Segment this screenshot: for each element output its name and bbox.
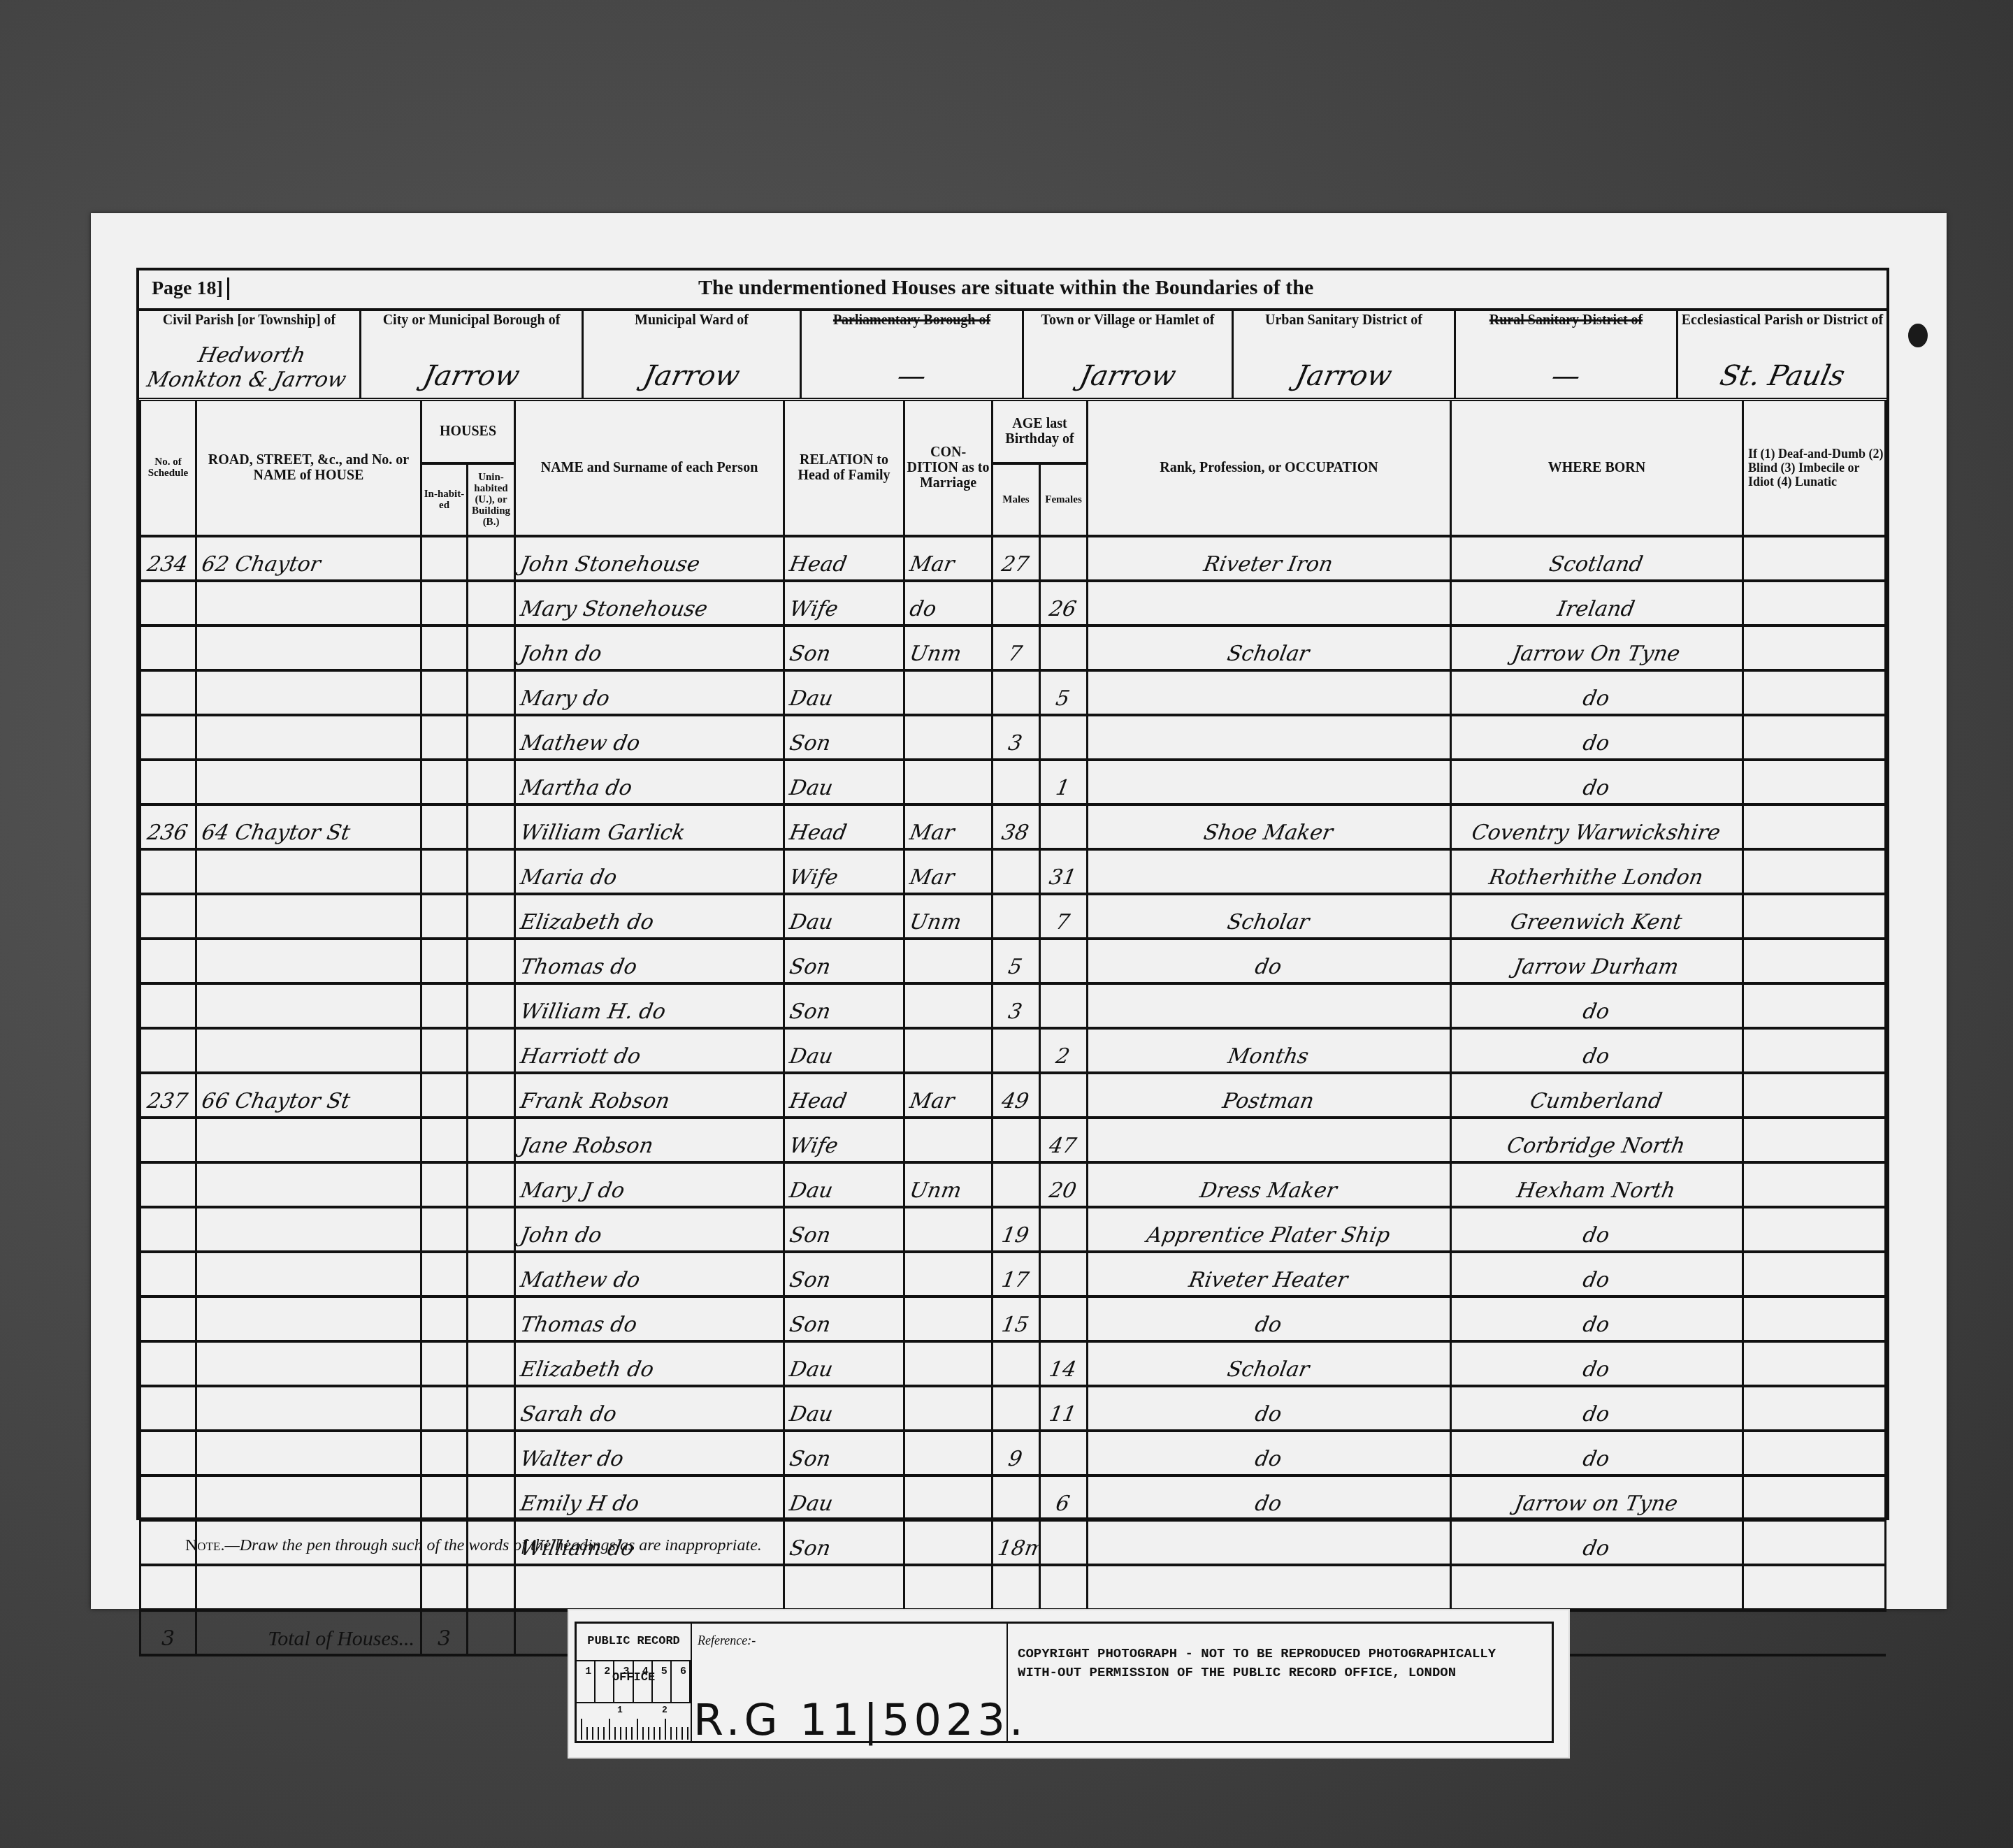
cell-occupation [1083, 581, 1455, 626]
cell-males: 49 [988, 1073, 1044, 1118]
cell-males: 38 [988, 804, 1044, 849]
cell-relation: Dau [780, 1341, 908, 1386]
census-row: Walter doSon9dodo [140, 1431, 1886, 1475]
cell-condition: Mar [900, 849, 996, 894]
cell-schedule [136, 1118, 200, 1162]
cell-females: 5 [1036, 670, 1091, 715]
cell-females [1036, 1207, 1091, 1252]
cell-relation: Son [780, 1252, 908, 1297]
cell-schedule: 236 [136, 804, 200, 849]
cell-males: 3 [988, 983, 1044, 1028]
census-row: Sarah doDau11dodo [140, 1386, 1886, 1431]
cell-occupation: Scholar [1083, 1341, 1455, 1386]
cell-condition [900, 1118, 996, 1162]
cell-where-born: Jarrow on Tyne [1447, 1475, 1747, 1520]
cell-females [1036, 626, 1091, 670]
census-row: Mary J doDauUnm20Dress MakerHexham North [140, 1162, 1886, 1207]
cell-females [1036, 983, 1091, 1028]
cell-relation: Son [780, 1431, 908, 1475]
cell-road [192, 670, 425, 715]
col-inhabited: In-habit-ed [421, 463, 468, 536]
cell-schedule [136, 983, 200, 1028]
col-uninhabited: Unin-habited (U.), or Building (B.) [468, 463, 515, 536]
total-schedules: 3 [140, 1610, 196, 1656]
cell-condition [900, 983, 996, 1028]
col-schedule: No. of Schedule [140, 400, 196, 536]
ruler-tick [603, 1727, 605, 1740]
cell-schedule [136, 626, 200, 670]
cell-where-born: do [1447, 715, 1747, 760]
cell-females [1036, 804, 1091, 849]
cell-name: Elizabeth do [511, 1341, 788, 1386]
blank-row [140, 1565, 1886, 1610]
cell-condition [900, 760, 996, 804]
cell-males: 3 [988, 715, 1044, 760]
cell-name: Jane Robson [511, 1118, 788, 1162]
cell-females: 14 [1036, 1341, 1091, 1386]
cell-condition: Unm [900, 626, 996, 670]
cell-relation: Head [780, 1073, 908, 1118]
ruler-tick [665, 1719, 666, 1740]
col-age: AGE last Birthday of [993, 400, 1088, 463]
ruler-tick [637, 1719, 638, 1740]
cell-females [1036, 1520, 1091, 1565]
cell-name: Martha do [511, 760, 788, 804]
cell-schedule [136, 1028, 200, 1073]
cell-name: John do [511, 1207, 788, 1252]
cell-schedule [136, 1252, 200, 1297]
cell-where-born: Scotland [1447, 536, 1747, 581]
col-name: NAME and Surname of each Person [515, 400, 784, 536]
census-row: Thomas doSon15dodo [140, 1297, 1886, 1341]
cell-females [1036, 1297, 1091, 1341]
cell-where-born: Corbridge North [1447, 1118, 1747, 1162]
census-table: No. of Schedule ROAD, STREET, &c., and N… [139, 400, 1886, 1656]
cell-females: 26 [1036, 581, 1091, 626]
census-row: John doSonUnm7ScholarJarrow On Tyne [140, 626, 1886, 670]
cell-relation: Son [780, 715, 908, 760]
cell-name: John Stonehouse [511, 536, 788, 581]
cell-road: 62 Chaytor [192, 536, 425, 581]
cell-condition [900, 1431, 996, 1475]
cell-occupation: do [1083, 1475, 1455, 1520]
cell-schedule [136, 1475, 200, 1520]
cell-relation: Dau [780, 894, 908, 939]
cell-schedule [136, 581, 200, 626]
cell-condition [900, 1475, 996, 1520]
cell-where-born: do [1447, 1431, 1747, 1475]
pro-title: PUBLIC RECORD OFFICE [577, 1624, 691, 1661]
pro-scale: 1 2 3 4 5 6 [577, 1661, 691, 1703]
cell-males: 7 [988, 626, 1044, 670]
census-row: Elizabeth doDau14Scholardo [140, 1341, 1886, 1386]
col-condition: CON-DITION as to Marriage [904, 400, 993, 536]
form-title-row: Page 18] The undermentioned Houses are s… [139, 270, 1886, 311]
cell-where-born: Coventry Warwickshire [1447, 804, 1747, 849]
admin-ecclesiastical-parish: Ecclesiastical Parish or District of St.… [1678, 308, 1886, 398]
census-row: William H. doSon3do [140, 983, 1886, 1028]
cell-where-born: do [1447, 1028, 1747, 1073]
pro-scale-box: PUBLIC RECORD OFFICE 1 2 3 4 5 6 1 2 [577, 1624, 692, 1741]
cell-condition: Unm [900, 894, 996, 939]
reference-label: Reference:- [698, 1633, 756, 1648]
cell-road [192, 626, 425, 670]
census-row: Maria doWifeMar31Rotherhithe London [140, 849, 1886, 894]
cell-occupation [1083, 1520, 1455, 1565]
cell-occupation: Scholar [1083, 894, 1455, 939]
col-females: Females [1040, 463, 1088, 536]
cell-males [988, 1341, 1044, 1386]
cell-schedule [136, 1431, 200, 1475]
cell-occupation: do [1083, 1386, 1455, 1431]
cell-females [1036, 1252, 1091, 1297]
cell-schedule [136, 760, 200, 804]
cell-name: Thomas do [511, 939, 788, 983]
cell-schedule [136, 1162, 200, 1207]
ruler-tick [670, 1727, 672, 1740]
cell-occupation [1083, 849, 1455, 894]
cell-where-born: do [1447, 1207, 1747, 1252]
cell-name: Sarah do [511, 1386, 788, 1431]
cell-road [192, 939, 425, 983]
cell-occupation: do [1083, 939, 1455, 983]
ruler-tick [631, 1727, 633, 1740]
reference-value: R.G 11|5023. [693, 1694, 1027, 1745]
cell-females [1036, 536, 1091, 581]
cell-relation: Dau [780, 1386, 908, 1431]
census-form: Page 18] The undermentioned Houses are s… [136, 268, 1889, 1520]
cell-relation: Dau [780, 670, 908, 715]
admin-town-village: Town or Village or Hamlet of Jarrow [1024, 308, 1234, 398]
cell-condition [900, 670, 996, 715]
cell-schedule [136, 939, 200, 983]
cell-name: William H. do [511, 983, 788, 1028]
cell-relation: Head [780, 804, 908, 849]
cell-occupation: Riveter Iron [1083, 536, 1455, 581]
cell-road: 64 Chaytor St [192, 804, 425, 849]
census-sheet: Page 18] The undermentioned Houses are s… [91, 213, 1947, 1609]
pro-ruler: 1 2 [577, 1703, 691, 1740]
cell-males: 18m [988, 1520, 1044, 1565]
cell-relation: Dau [780, 1475, 908, 1520]
cell-where-born: Greenwich Kent [1447, 894, 1747, 939]
ruler-tick [654, 1727, 655, 1740]
cell-males: 19 [988, 1207, 1044, 1252]
cell-schedule [136, 1297, 200, 1341]
ruler-tick [642, 1727, 644, 1740]
cell-relation: Son [780, 1207, 908, 1252]
cell-name: Walter do [511, 1431, 788, 1475]
admin-urban-sanitary: Urban Sanitary District of Jarrow [1234, 308, 1456, 398]
admin-municipal-borough: City or Municipal Borough of Jarrow [361, 308, 584, 398]
cell-males: 15 [988, 1297, 1044, 1341]
cell-road [192, 849, 425, 894]
cell-condition [900, 1386, 996, 1431]
cell-where-born: do [1447, 1252, 1747, 1297]
ruler-tick [659, 1727, 661, 1740]
cell-males [988, 1028, 1044, 1073]
cell-relation: Wife [780, 581, 908, 626]
cell-males [988, 760, 1044, 804]
cell-name: Mary do [511, 670, 788, 715]
census-row: Elizabeth doDauUnm7ScholarGreenwich Kent [140, 894, 1886, 939]
cell-occupation: Shoe Maker [1083, 804, 1455, 849]
census-row: John doSon19Apprentice Plater Shipdo [140, 1207, 1886, 1252]
cell-road [192, 760, 425, 804]
cell-road [192, 983, 425, 1028]
reference-box: Reference:- R.G 11|5023. [692, 1624, 1008, 1741]
cell-road [192, 1252, 425, 1297]
col-occupation: Rank, Profession, or OCCUPATION [1088, 400, 1451, 536]
cell-road [192, 1028, 425, 1073]
cell-females [1036, 715, 1091, 760]
admin-municipal-ward: Municipal Ward of Jarrow [584, 308, 802, 398]
cell-name: Harriott do [511, 1028, 788, 1073]
admin-parliamentary-borough: Parliamentary Borough of — [802, 308, 1024, 398]
cell-road [192, 1118, 425, 1162]
cell-females [1036, 1431, 1091, 1475]
census-row: Mathew doSon17Riveter Heaterdo [140, 1252, 1886, 1297]
cell-schedule: 237 [136, 1073, 200, 1118]
col-males: Males [993, 463, 1040, 536]
cell-males: 9 [988, 1431, 1044, 1475]
cell-occupation [1083, 670, 1455, 715]
cell-road: 66 Chaytor St [192, 1073, 425, 1118]
cell-schedule [136, 715, 200, 760]
cell-schedule [136, 849, 200, 894]
cell-road [192, 894, 425, 939]
cell-females: 7 [1036, 894, 1091, 939]
cell-females: 6 [1036, 1475, 1091, 1520]
census-row: Mary doDau5do [140, 670, 1886, 715]
cell-schedule [136, 1207, 200, 1252]
admin-areas-row: Civil Parish [or Township] of Hedworth M… [139, 308, 1886, 401]
cell-occupation [1083, 715, 1455, 760]
form-title: The undermentioned Houses are situate wi… [698, 276, 1313, 300]
cell-name: Mathew do [511, 1252, 788, 1297]
cell-condition: Mar [900, 536, 996, 581]
cell-road [192, 1341, 425, 1386]
cell-where-born: Jarrow On Tyne [1447, 626, 1747, 670]
census-row: 23664 Chaytor StWilliam GarlickHeadMar38… [140, 804, 1886, 849]
ruler-tick [586, 1727, 588, 1740]
cell-condition [900, 1028, 996, 1073]
ruler-tick [681, 1727, 683, 1740]
cell-where-born: Hexham North [1447, 1162, 1747, 1207]
total-houses-label: Total of Houses... [268, 1627, 414, 1650]
cell-relation: Son [780, 939, 908, 983]
cell-condition [900, 1252, 996, 1297]
cell-relation: Wife [780, 849, 908, 894]
cell-males [988, 1386, 1044, 1431]
cell-occupation [1083, 760, 1455, 804]
cell-females [1036, 1073, 1091, 1118]
cell-condition [900, 939, 996, 983]
cell-relation: Dau [780, 1162, 908, 1207]
copyright-notice: COPYRIGHT PHOTOGRAPH - NOT TO BE REPRODU… [1008, 1624, 1552, 1741]
cell-where-born: Ireland [1447, 581, 1747, 626]
cell-name: Emily H do [511, 1475, 788, 1520]
cell-males: 17 [988, 1252, 1044, 1297]
cell-condition [900, 1341, 996, 1386]
cell-females [1036, 939, 1091, 983]
ruler-tick [614, 1727, 616, 1740]
ruler-tick [626, 1727, 627, 1740]
cell-males [988, 1162, 1044, 1207]
cell-occupation: do [1083, 1297, 1455, 1341]
cell-females: 11 [1036, 1386, 1091, 1431]
cell-condition: Unm [900, 1162, 996, 1207]
cell-females: 2 [1036, 1028, 1091, 1073]
cell-road [192, 715, 425, 760]
cell-where-born: Cumberland [1447, 1073, 1747, 1118]
cell-condition: Mar [900, 804, 996, 849]
cell-road [192, 581, 425, 626]
cell-relation: Wife [780, 1118, 908, 1162]
cell-where-born: do [1447, 760, 1747, 804]
ruler-tick [598, 1727, 599, 1740]
col-road: ROAD, STREET, &c., and No. or NAME of HO… [196, 400, 421, 536]
ruler-tick [609, 1719, 610, 1740]
cell-road [192, 1386, 425, 1431]
cell-road [192, 1207, 425, 1252]
page-number: Page 18] [152, 277, 229, 300]
cell-relation: Son [780, 983, 908, 1028]
cell-name: William Garlick [511, 804, 788, 849]
cell-schedule [136, 670, 200, 715]
cell-where-born: do [1447, 1297, 1747, 1341]
cell-where-born: do [1447, 670, 1747, 715]
cell-males [988, 1475, 1044, 1520]
cell-where-born: Jarrow Durham [1447, 939, 1747, 983]
census-row: Mary StonehouseWifedo26Ireland [140, 581, 1886, 626]
cell-where-born: do [1447, 1520, 1747, 1565]
cell-males: 27 [988, 536, 1044, 581]
cell-name: Thomas do [511, 1297, 788, 1341]
cell-males: 5 [988, 939, 1044, 983]
cell-schedule [136, 894, 200, 939]
cell-name: Elizabeth do [511, 894, 788, 939]
cell-condition [900, 1520, 996, 1565]
cell-relation: Son [780, 1297, 908, 1341]
cell-relation: Son [780, 626, 908, 670]
footnote: Note.—Draw the pen through such of the w… [185, 1536, 762, 1555]
cell-schedule [136, 1341, 200, 1386]
cell-occupation: Postman [1083, 1073, 1455, 1118]
ruler-tick [687, 1727, 688, 1740]
cell-males [988, 670, 1044, 715]
col-where-born: WHERE BORN [1451, 400, 1743, 536]
ruler-tick [581, 1719, 582, 1740]
census-row: 23462 ChaytorJohn StonehouseHeadMar27Riv… [140, 536, 1886, 581]
census-row: Martha doDau1do [140, 760, 1886, 804]
cell-females: 1 [1036, 760, 1091, 804]
census-row: 23766 Chaytor StFrank RobsonHeadMar49Pos… [140, 1073, 1886, 1118]
cell-condition [900, 1297, 996, 1341]
cell-males [988, 849, 1044, 894]
cell-schedule [136, 1386, 200, 1431]
col-relation: RELATION to Head of Family [784, 400, 904, 536]
binding-hole [1908, 324, 1928, 347]
census-row: Emily H doDau6doJarrow on Tyne [140, 1475, 1886, 1520]
cell-where-born: do [1447, 1386, 1747, 1431]
cell-relation: Dau [780, 1028, 908, 1073]
cell-name: Mathew do [511, 715, 788, 760]
cell-name: Frank Robson [511, 1073, 788, 1118]
cell-where-born: do [1447, 1341, 1747, 1386]
cell-females: 47 [1036, 1118, 1091, 1162]
cell-males [988, 894, 1044, 939]
cell-road [192, 1297, 425, 1341]
cell-road [192, 1475, 425, 1520]
cell-relation: Son [780, 1520, 908, 1565]
cell-road [192, 1162, 425, 1207]
col-infirmity: If (1) Deaf-and-Dumb (2) Blind (3) Imbec… [1743, 400, 1886, 536]
cell-condition: Mar [900, 1073, 996, 1118]
admin-rural-sanitary: Rural Sanitary District of — [1456, 308, 1678, 398]
census-row: Mathew doSon3do [140, 715, 1886, 760]
ruler-tick [620, 1727, 621, 1740]
cell-schedule: 234 [136, 536, 200, 581]
cell-occupation: Dress Maker [1083, 1162, 1455, 1207]
census-row: Harriott doDau2Monthsdo [140, 1028, 1886, 1073]
cell-road [192, 1431, 425, 1475]
cell-occupation: Riveter Heater [1083, 1252, 1455, 1297]
admin-civil-parish: Civil Parish [or Township] of Hedworth M… [139, 308, 361, 398]
cell-occupation [1083, 1118, 1455, 1162]
total-houses-inhabited: 3 [421, 1610, 468, 1656]
cell-females: 31 [1036, 849, 1091, 894]
census-row: Jane RobsonWife47Corbridge North [140, 1118, 1886, 1162]
cell-occupation: Apprentice Plater Ship [1083, 1207, 1455, 1252]
cell-males [988, 581, 1044, 626]
cell-name: John do [511, 626, 788, 670]
cell-occupation [1083, 983, 1455, 1028]
cell-occupation: do [1083, 1431, 1455, 1475]
cell-name: Mary J do [511, 1162, 788, 1207]
cell-occupation: Scholar [1083, 626, 1455, 670]
cell-condition: do [900, 581, 996, 626]
cell-condition [900, 715, 996, 760]
col-houses: HOUSES [421, 400, 515, 463]
cell-where-born: do [1447, 983, 1747, 1028]
ruler-tick [676, 1727, 677, 1740]
cell-relation: Dau [780, 760, 908, 804]
census-row: Thomas doSon5doJarrow Durham [140, 939, 1886, 983]
cell-occupation: Months [1083, 1028, 1455, 1073]
cell-females: 20 [1036, 1162, 1091, 1207]
ruler-tick [592, 1727, 593, 1740]
cell-males [988, 1118, 1044, 1162]
cell-name: Maria do [511, 849, 788, 894]
cell-condition [900, 1207, 996, 1252]
cell-relation: Head [780, 536, 908, 581]
cell-where-born: Rotherhithe London [1447, 849, 1747, 894]
ruler-tick [648, 1727, 649, 1740]
public-record-office-stamp: PUBLIC RECORD OFFICE 1 2 3 4 5 6 1 2 Ref… [568, 1609, 1570, 1759]
cell-name: Mary Stonehouse [511, 581, 788, 626]
census-rows: 23462 ChaytorJohn StonehouseHeadMar27Riv… [140, 536, 1886, 1565]
